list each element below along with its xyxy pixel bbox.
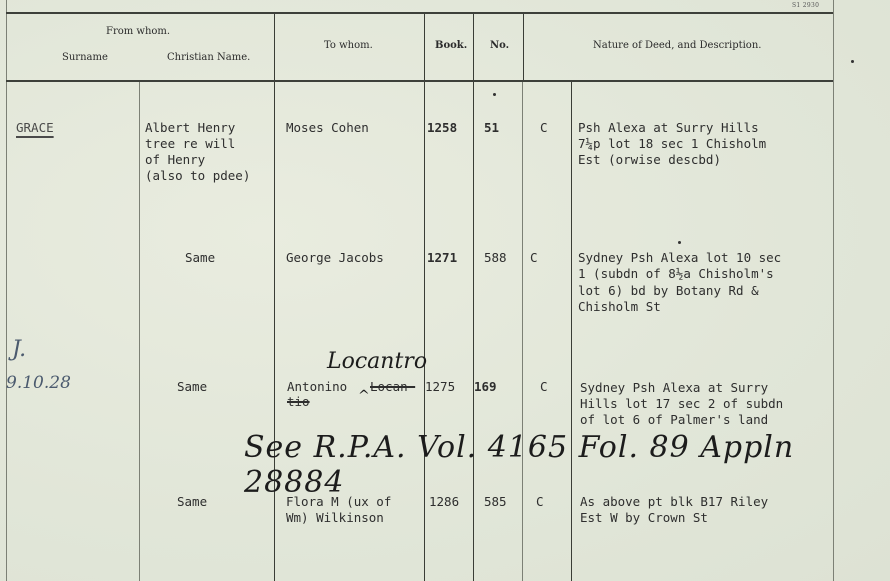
description-line: of lot 6 of Palmer's land xyxy=(580,412,768,428)
ink-speck xyxy=(493,93,496,96)
header-divider-book xyxy=(424,14,425,80)
header-book: Book. xyxy=(435,40,467,51)
column-divider-nature xyxy=(571,82,572,581)
header-no: No. xyxy=(490,40,509,51)
to-whom-struck-text: Locan- xyxy=(370,379,415,395)
ink-speck xyxy=(851,60,854,63)
type-value: C xyxy=(540,379,548,395)
to-whom-value: George Jacobs xyxy=(286,250,384,266)
to-whom-line: Flora M (ux of xyxy=(286,494,391,510)
left-border-line xyxy=(6,0,7,581)
column-divider-book xyxy=(424,82,425,581)
handwritten-rpa-reference: See R.P.A. Vol. 4165 Fol. 89 Appln 28884 xyxy=(244,430,890,500)
column-divider-no xyxy=(473,82,474,581)
margin-note-date: 9.10.28 xyxy=(6,373,71,393)
header-divider-towhom xyxy=(274,14,275,80)
number-value: 51 xyxy=(484,120,499,136)
book-value: 1275 xyxy=(425,379,455,395)
header-from-whom: From whom. xyxy=(106,26,170,37)
description-line: lot 6) bd by Botany Rd & xyxy=(578,283,759,299)
christian-name-line: (also to pdee) xyxy=(145,168,250,184)
surname-value: GRACE xyxy=(16,120,54,136)
header-divider-no xyxy=(473,14,474,80)
header-surname: Surname xyxy=(62,52,108,63)
christian-name-line: Same xyxy=(185,250,215,266)
handwritten-correction: Locantro xyxy=(327,349,427,374)
description-line: Hills lot 17 sec 2 of subdn xyxy=(580,396,783,412)
description-line: As above pt blk B17 Riley xyxy=(580,494,768,510)
form-code: S1 2930 xyxy=(792,2,819,9)
deed-register-page: S1 2930 From whom. Surname Christian Nam… xyxy=(0,0,890,581)
number-value: 588 xyxy=(484,250,507,266)
header-nature: Nature of Deed, and Description. xyxy=(593,40,761,51)
book-value: 1286 xyxy=(429,494,459,510)
description-line: Est W by Crown St xyxy=(580,510,708,526)
christian-name-line: Same xyxy=(177,494,207,510)
type-value: C xyxy=(540,120,548,136)
description-line: 7¼p lot 18 sec 1 Chisholm xyxy=(578,136,766,152)
christian-name-line: tree re will xyxy=(145,136,235,152)
header-top-rule xyxy=(6,12,833,14)
number-value: 585 xyxy=(484,494,507,510)
description-line: Psh Alexa at Surry Hills xyxy=(578,120,759,136)
header-christian-name: Christian Name. xyxy=(167,52,250,63)
to-whom-value: Moses Cohen xyxy=(286,120,369,136)
christian-name-line: of Henry xyxy=(145,152,205,168)
column-divider-type xyxy=(522,82,523,581)
type-value: C xyxy=(530,250,538,266)
header-divider-nature xyxy=(523,14,524,80)
caret-mark: ^ xyxy=(358,388,370,404)
christian-name-line: Same xyxy=(177,379,207,395)
description-line: Sydney Psh Alexa at Surry xyxy=(580,380,768,396)
book-value: 1258 xyxy=(427,120,457,136)
column-divider-christian xyxy=(139,82,140,581)
header-bottom-rule xyxy=(6,80,833,82)
description-line: Est (orwise descbd) xyxy=(578,152,721,168)
christian-name-line: Albert Henry xyxy=(145,120,235,136)
description-line: 1 (subdn of 8½a Chisholm's xyxy=(578,266,774,282)
to-whom-line: Wm) Wilkinson xyxy=(286,510,384,526)
column-divider-towhom xyxy=(274,82,275,581)
margin-note-initial: J. xyxy=(12,340,26,360)
to-whom-struck-text: tio xyxy=(287,394,310,410)
description-line: Sydney Psh Alexa lot 10 sec xyxy=(578,250,781,266)
header-to-whom: To whom. xyxy=(324,40,373,51)
to-whom-value: Antonino xyxy=(287,379,347,395)
book-value: 1271 xyxy=(427,250,457,266)
type-value: C xyxy=(536,494,544,510)
number-value: 169 xyxy=(474,379,497,395)
description-line: Chisholm St xyxy=(578,299,661,315)
ink-speck xyxy=(678,241,681,244)
